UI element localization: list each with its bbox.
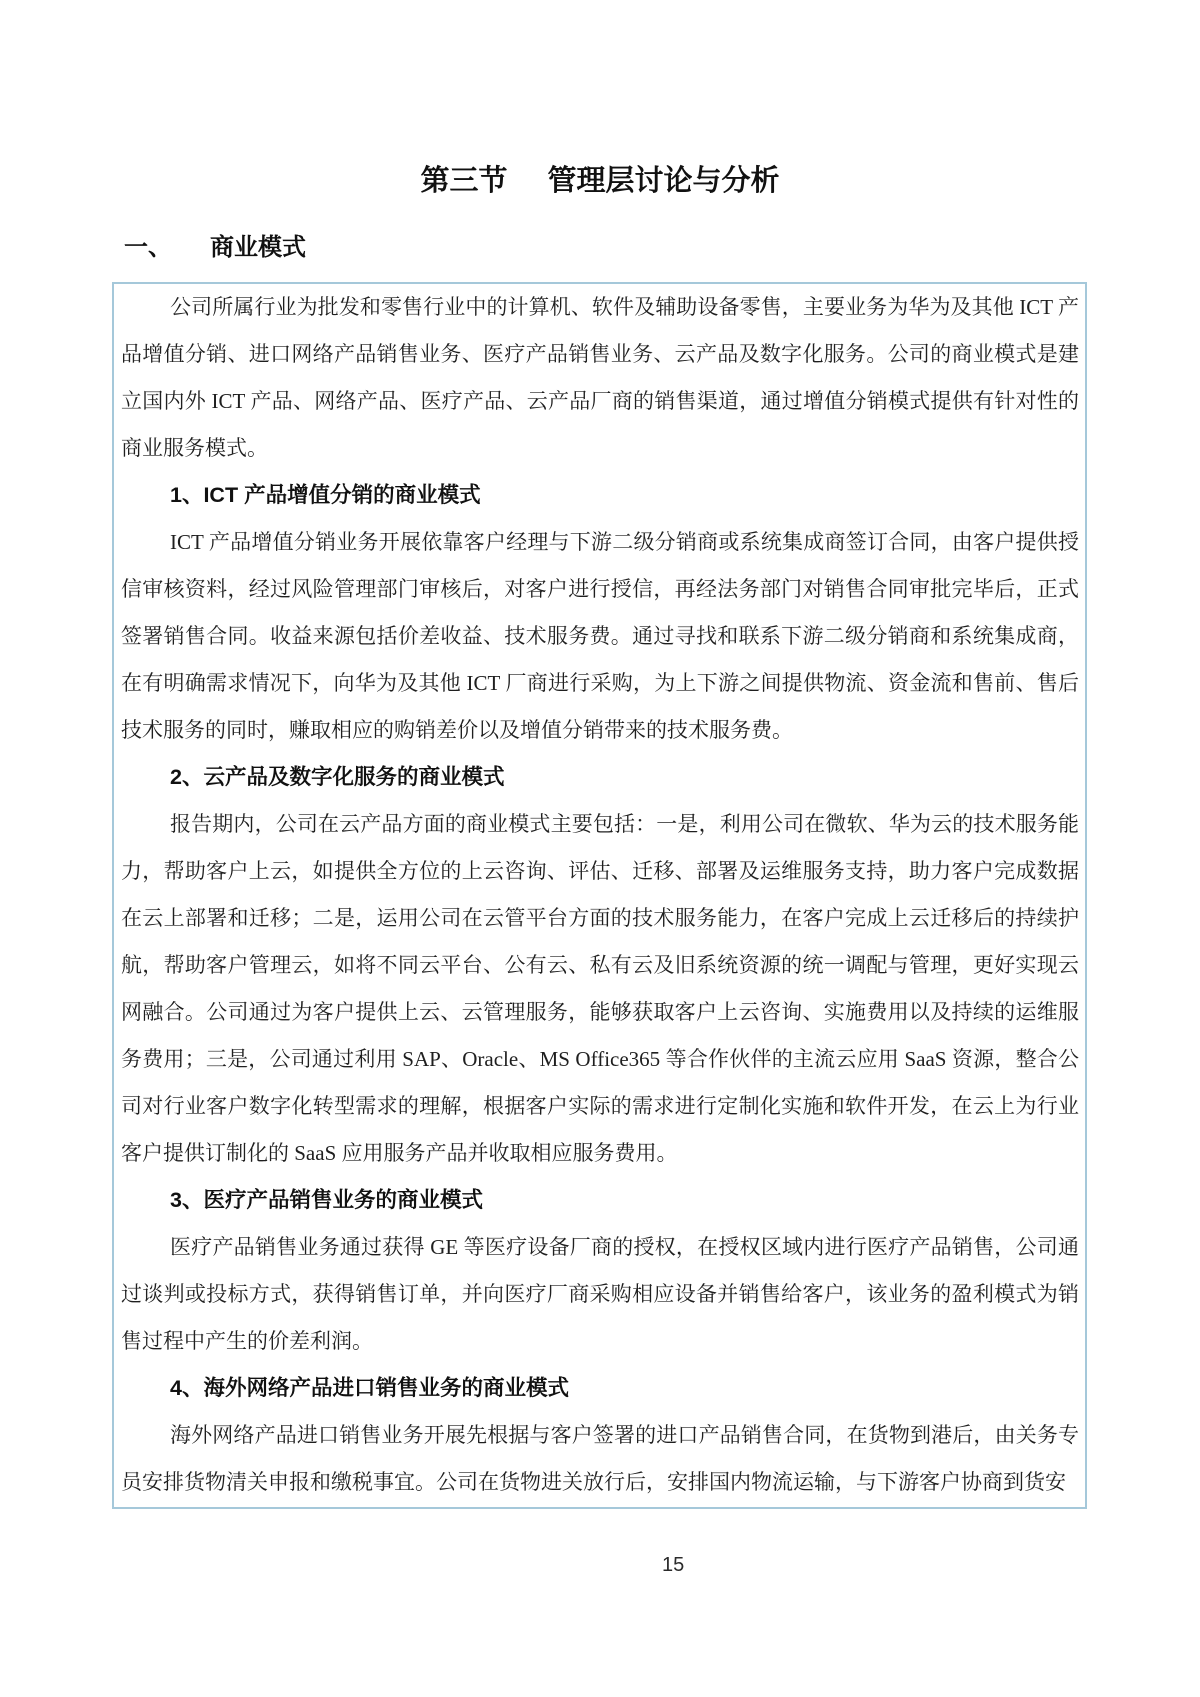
document-title-text: 管理层讨论与分析 [548,165,780,197]
section-number: 一、 [124,234,172,261]
subsection-3-paragraph: 医疗产品销售业务通过获得 GE 等医疗设备厂商的授权，在授权区域内进行医疗产品销… [121,1224,1079,1365]
page-number: 15 [662,1552,684,1578]
subsection-1-paragraph: ICT 产品增值分销业务开展依靠客户经理与下游二级分销商或系统集成商签订合同，由… [121,519,1079,754]
subsection-4-heading: 4、海外网络产品进口销售业务的商业模式 [121,1365,1079,1412]
subsection-4-paragraph: 海外网络产品进口销售业务开展先根据与客户签署的进口产品销售合同，在货物到港后，由… [121,1412,1079,1506]
subsection-1-heading: 1、ICT 产品增值分销的商业模式 [121,472,1079,519]
intro-paragraph: 公司所属行业为批发和零售行业中的计算机、软件及辅助设备零售，主要业务为华为及其他… [121,284,1079,472]
document-title-chapter: 第三节 [420,165,507,197]
subsection-2-paragraph: 报告期内，公司在云产品方面的商业模式主要包括：一是，利用公司在微软、华为云的技术… [121,801,1079,1177]
section-label: 商业模式 [210,234,306,261]
document-title: 第三节管理层讨论与分析 [0,162,1200,200]
subsection-3-heading: 3、医疗产品销售业务的商业模式 [121,1177,1079,1224]
document-page: 第三节管理层讨论与分析 一、商业模式 公司所属行业为批发和零售行业中的计算机、软… [0,0,1200,1697]
content-box: 公司所属行业为批发和零售行业中的计算机、软件及辅助设备零售，主要业务为华为及其他… [112,282,1087,1509]
subsection-2-heading: 2、云产品及数字化服务的商业模式 [121,754,1079,801]
section-heading: 一、商业模式 [124,232,306,264]
